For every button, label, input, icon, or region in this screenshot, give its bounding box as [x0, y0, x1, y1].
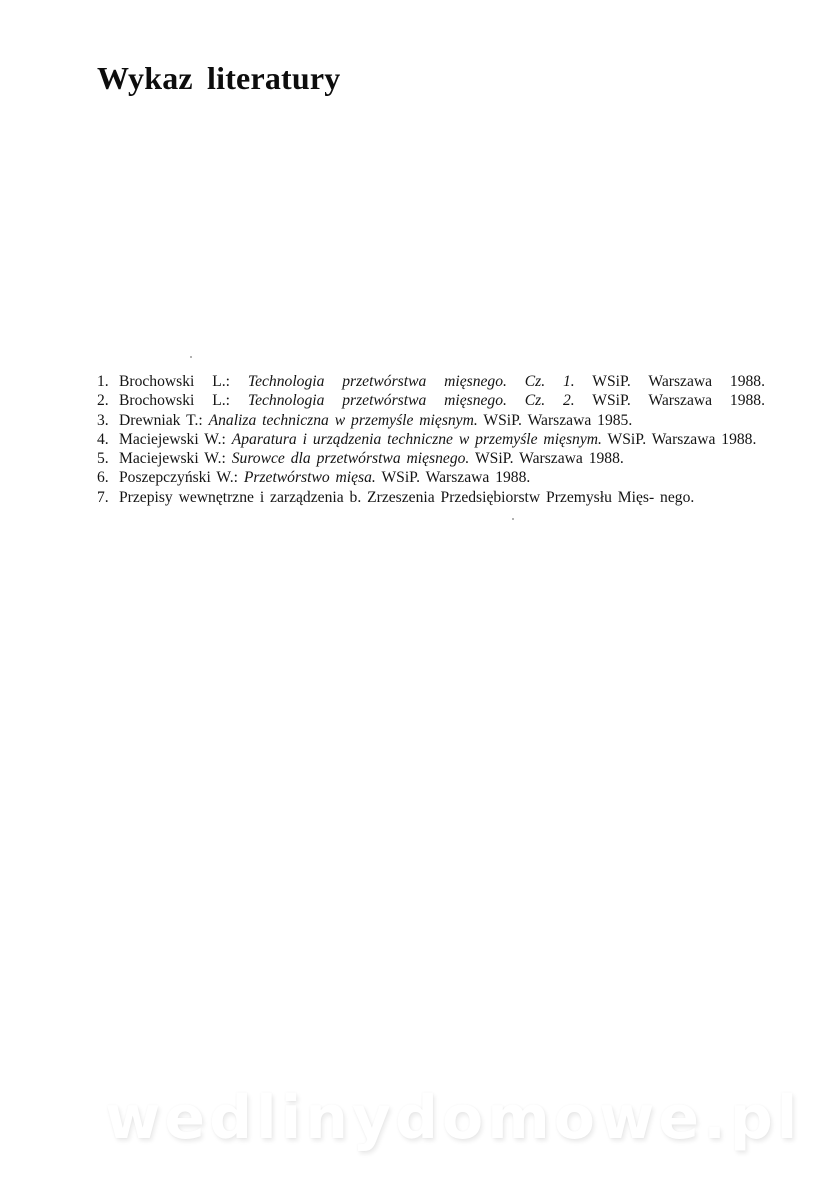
bibliography-entry: 2. Brochowski L.: Technologia przetwórst…: [97, 391, 765, 410]
scan-speck: [478, 452, 480, 454]
scan-speck: [512, 518, 514, 520]
entry-author: Maciejewski W.:: [119, 431, 226, 448]
entry-title: Aparatura i urządzenia techniczne w prze…: [232, 431, 602, 448]
bibliography-entry: 6. Poszepczyński W.: Przetwórstwo mięsa.…: [97, 468, 765, 487]
entry-text: Maciejewski W.: Surowce dla przetwórstwa…: [119, 449, 765, 468]
entry-number: 3.: [97, 411, 119, 430]
bibliography-entry: 1. Brochowski L.: Technologia przetwórst…: [97, 372, 765, 391]
entry-text: Brochowski L.: Technologia przetwórstwa …: [119, 391, 765, 410]
entry-number: 4.: [97, 430, 119, 449]
entry-number: 7.: [97, 488, 119, 507]
bibliography-list: 1. Brochowski L.: Technologia przetwórst…: [97, 372, 765, 507]
entry-author: Maciejewski W.:: [119, 450, 226, 467]
bibliography-entry: 7. Przepisy wewnętrzne i zarządzenia b. …: [97, 488, 765, 507]
entry-title: Analiza techniczna w przemyśle mięsnym.: [209, 412, 478, 429]
page-title: Wykaz literatury: [97, 60, 341, 97]
bibliography-entry: 5. Maciejewski W.: Surowce dla przetwórs…: [97, 449, 765, 468]
entry-number: 1.: [97, 372, 119, 391]
entry-author: Poszepczyński W.:: [119, 469, 238, 486]
entry-publisher: WSiP. Warszawa 1988.: [475, 450, 624, 467]
bibliography-entry: 3. Drewniak T.: Analiza techniczna w prz…: [97, 411, 765, 430]
entry-number: 5.: [97, 449, 119, 468]
entry-publisher: WSiP. Warszawa 1988.: [608, 431, 757, 448]
entry-number: 6.: [97, 468, 119, 487]
entry-title: Technologia przetwórstwa mięsnego. Cz. 1…: [248, 373, 575, 390]
entry-text: Brochowski L.: Technologia przetwórstwa …: [119, 372, 765, 391]
entry-text: Przepisy wewnętrzne i zarządzenia b. Zrz…: [119, 488, 765, 507]
entry-author: Brochowski L.:: [119, 373, 230, 390]
entry-publisher: Przepisy wewnętrzne i zarządzenia b. Zrz…: [119, 489, 694, 506]
bibliography-entry: 4. Maciejewski W.: Aparatura i urządzeni…: [97, 430, 765, 449]
entry-author: Drewniak T.:: [119, 412, 203, 429]
entry-publisher: WSiP. Warszawa 1988.: [592, 373, 765, 390]
entry-title: Przetwórstwo mięsa.: [244, 469, 376, 486]
watermark: wedlinydomowe.pl: [105, 1083, 801, 1153]
entry-publisher: WSiP. Warszawa 1985.: [483, 412, 632, 429]
scan-speck: [190, 356, 192, 358]
entry-publisher: WSiP. Warszawa 1988.: [381, 469, 530, 486]
entry-text: Maciejewski W.: Aparatura i urządzenia t…: [119, 430, 765, 449]
entry-title: Surowce dla przetwórstwa mięsnego.: [232, 450, 470, 467]
entry-number: 2.: [97, 391, 119, 410]
entry-title: Technologia przetwórstwa mięsnego. Cz. 2…: [248, 392, 575, 409]
entry-publisher: WSiP. Warszawa 1988.: [592, 392, 765, 409]
entry-text: Drewniak T.: Analiza techniczna w przemy…: [119, 411, 765, 430]
entry-author: Brochowski L.:: [119, 392, 230, 409]
entry-text: Poszepczyński W.: Przetwórstwo mięsa. WS…: [119, 468, 765, 487]
